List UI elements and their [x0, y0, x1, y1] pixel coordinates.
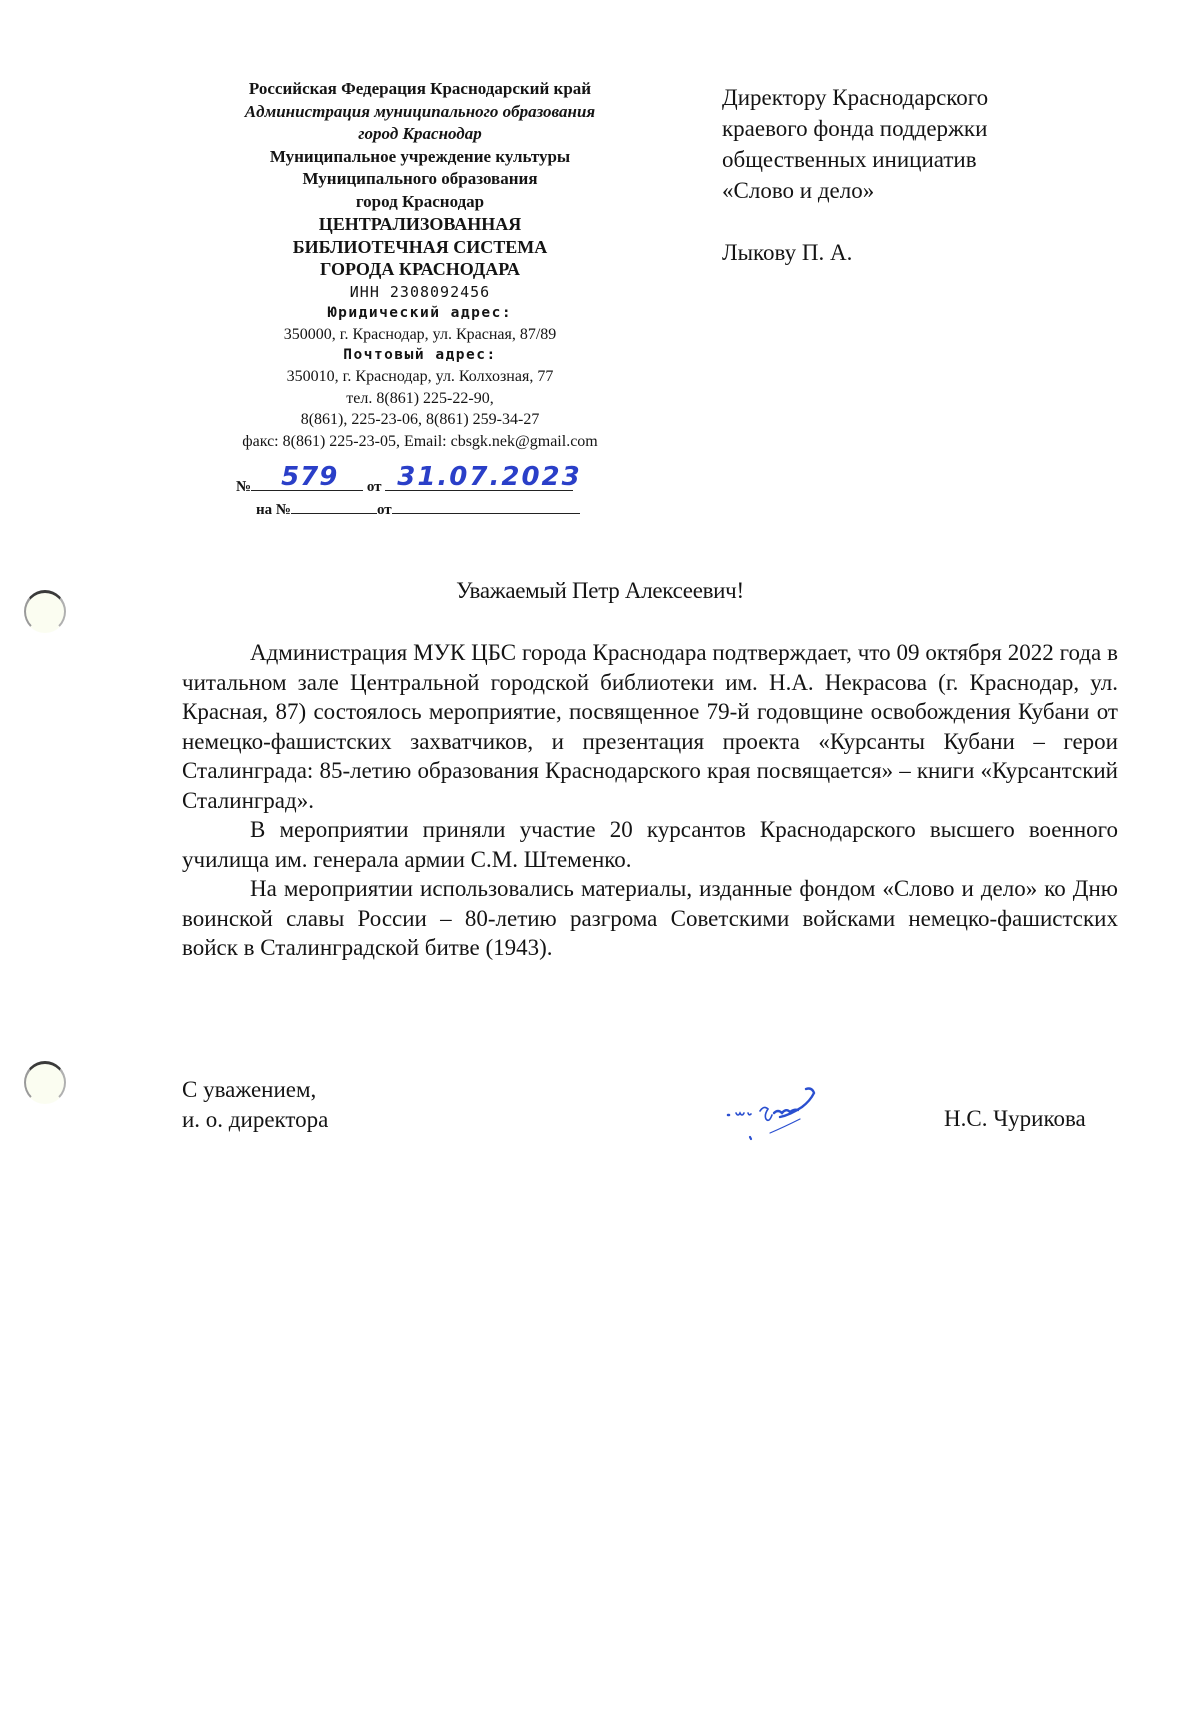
postal-address: 350010, г. Краснодар, ул. Колхозная, 77	[180, 366, 660, 388]
letterhead: Российская Федерация Краснодарский край …	[180, 78, 660, 452]
organization-name: БИБЛИОТЕЧНАЯ СИСТЕМА	[180, 236, 660, 259]
recipient-line: общественных инициатив	[722, 144, 1122, 175]
date-label: от	[367, 479, 382, 495]
ref-number-label: на №	[256, 502, 291, 518]
recipient-line: Директору Краснодарского	[722, 82, 1122, 113]
hole-punch-mark	[24, 1061, 66, 1104]
postal-address-label: Почтовый адрес:	[180, 345, 660, 366]
salutation: Уважаемый Петр Алексеевич!	[0, 578, 1200, 604]
recipient-line: краевого фонда поддержки	[722, 113, 1122, 144]
registration-number-row: №579 от 31.07.2023	[236, 474, 573, 496]
body-paragraph: Администрация МУК ЦБС города Краснодара …	[182, 638, 1118, 815]
phone-line: тел. 8(861) 225-22-90,	[180, 388, 660, 410]
reference-number-row: на №от	[256, 497, 580, 519]
recipient-line: «Слово и дело»	[722, 175, 1122, 206]
letterhead-line: Муниципальное учреждение культуры	[180, 146, 660, 169]
letterhead-line: Российская Федерация Краснодарский край	[180, 78, 660, 101]
legal-address-label: Юридический адрес:	[180, 303, 660, 324]
organization-name: ГОРОДА КРАСНОДАРА	[180, 258, 660, 281]
organization-name: ЦЕНТРАЛИЗОВАННАЯ	[180, 213, 660, 236]
letterhead-line: город Краснодар	[180, 123, 660, 146]
registration-number: 579	[281, 464, 338, 490]
closing-phrase: С уважением,	[182, 1075, 328, 1105]
legal-address: 350000, г. Краснодар, ул. Красная, 87/89	[180, 324, 660, 346]
letterhead-line: Администрация муниципального образования	[180, 101, 660, 124]
registration-date: 31.07.2023	[397, 464, 581, 490]
recipient-name: Лыкову П. А.	[722, 237, 1122, 268]
fax-email-line: факс: 8(861) 225-23-05, Email: cbsgk.nek…	[180, 431, 660, 453]
recipient-block: Директору Краснодарского краевого фонда …	[722, 82, 1122, 268]
handwritten-signature-icon	[720, 1075, 870, 1145]
letterhead-line: город Краснодар	[180, 191, 660, 214]
letterhead-line: Муниципального образования	[180, 168, 660, 191]
letter-body: Администрация МУК ЦБС города Краснодара …	[182, 638, 1118, 963]
closing-block: С уважением, и. о. директора	[182, 1075, 328, 1135]
phone-line: 8(861), 225-23-06, 8(861) 259-34-27	[180, 409, 660, 431]
inn-number: ИНН 2308092456	[180, 281, 660, 303]
body-paragraph: В мероприятии приняли участие 20 курсант…	[182, 815, 1118, 874]
body-paragraph: На мероприятии использовались материалы,…	[182, 874, 1118, 963]
signer-title: и. о. директора	[182, 1105, 328, 1135]
ref-date-label: от	[377, 502, 392, 518]
signer-name: Н.С. Чурикова	[944, 1106, 1086, 1132]
number-label: №	[236, 479, 251, 495]
